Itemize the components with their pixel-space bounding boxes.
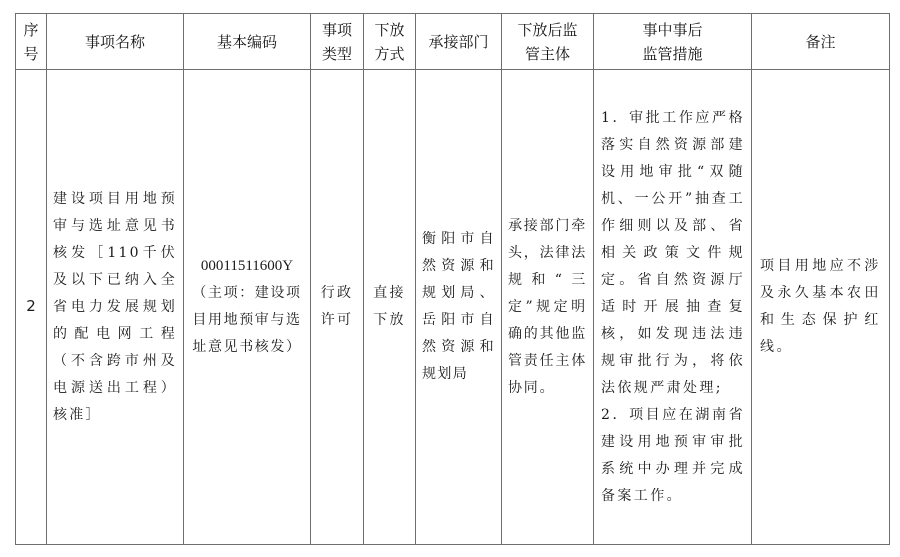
header-basic-code: 基本编码 (184, 14, 311, 70)
basic-code-note: （主项：建设项目用地预审与选址意见书核发） (184, 280, 310, 361)
header-interim-post-measures: 事中事后监管措施 (594, 14, 752, 70)
measures-list: 1．审批工作应严格落实自然资源部建设用地审批“双随机、一公开”抽查工作细则以及部… (594, 105, 751, 510)
basic-code-value: 00011511600Y (184, 253, 310, 280)
delegated-items-table: 序号 事项名称 基本编码 事项类型 下放方式 承接部门 下放后监管主体 事中事后… (15, 13, 890, 545)
item-type-value: 行政许可 (311, 280, 363, 334)
remarks-text: 项目用地应不涉及永久基本农田和生态保护红线。 (752, 253, 889, 361)
header-seq: 序号 (16, 14, 47, 70)
header-item-type: 事项类型 (311, 14, 364, 70)
receiving-dept-text: 衡阳市自然资源和规划局、岳阳市自然资源和规划局 (416, 226, 501, 388)
cell-item-name: 建设项目用地预审与选址意见书核发［110千伏及以下已纳入全省电力发展规划的配电网… (47, 70, 184, 545)
header-remarks: 备注 (752, 14, 890, 70)
seq-value: 2 (26, 297, 36, 315)
header-receiving-dept: 承接部门 (416, 14, 502, 70)
cell-seq: 2 (16, 70, 47, 545)
cell-remarks: 项目用地应不涉及永久基本农田和生态保护红线。 (752, 70, 890, 545)
table-row: 2 建设项目用地预审与选址意见书核发［110千伏及以下已纳入全省电力发展规划的配… (16, 70, 890, 545)
cell-item-type: 行政许可 (311, 70, 364, 545)
delegation-method-value: 直接下放 (364, 280, 415, 334)
header-item-name: 事项名称 (47, 14, 184, 70)
item-name-text: 建设项目用地预审与选址意见书核发［110千伏及以下已纳入全省电力发展规划的配电网… (47, 186, 183, 429)
cell-basic-code: 00011511600Y （主项：建设项目用地预审与选址意见书核发） (184, 70, 311, 545)
supervisor-text: 承接部门牵头，法律法规和“三定”规定明确的其他监管责任主体协同。 (502, 213, 593, 402)
measure-item-1: 1．审批工作应严格落实自然资源部建设用地审批“双随机、一公开”抽查工作细则以及部… (601, 105, 745, 402)
cell-receiving-dept: 衡阳市自然资源和规划局、岳阳市自然资源和规划局 (416, 70, 502, 545)
header-delegation-method: 下放方式 (364, 14, 416, 70)
cell-interim-post-measures: 1．审批工作应严格落实自然资源部建设用地审批“双随机、一公开”抽查工作细则以及部… (594, 70, 752, 545)
header-post-delegation-supervisor: 下放后监管主体 (502, 14, 594, 70)
table-header-row: 序号 事项名称 基本编码 事项类型 下放方式 承接部门 下放后监管主体 事中事后… (16, 14, 890, 70)
cell-delegation-method: 直接下放 (364, 70, 416, 545)
measure-item-2: 2．项目应在湖南省建设用地预审审批系统中办理并完成备案工作。 (601, 402, 745, 510)
cell-post-delegation-supervisor: 承接部门牵头，法律法规和“三定”规定明确的其他监管责任主体协同。 (502, 70, 594, 545)
